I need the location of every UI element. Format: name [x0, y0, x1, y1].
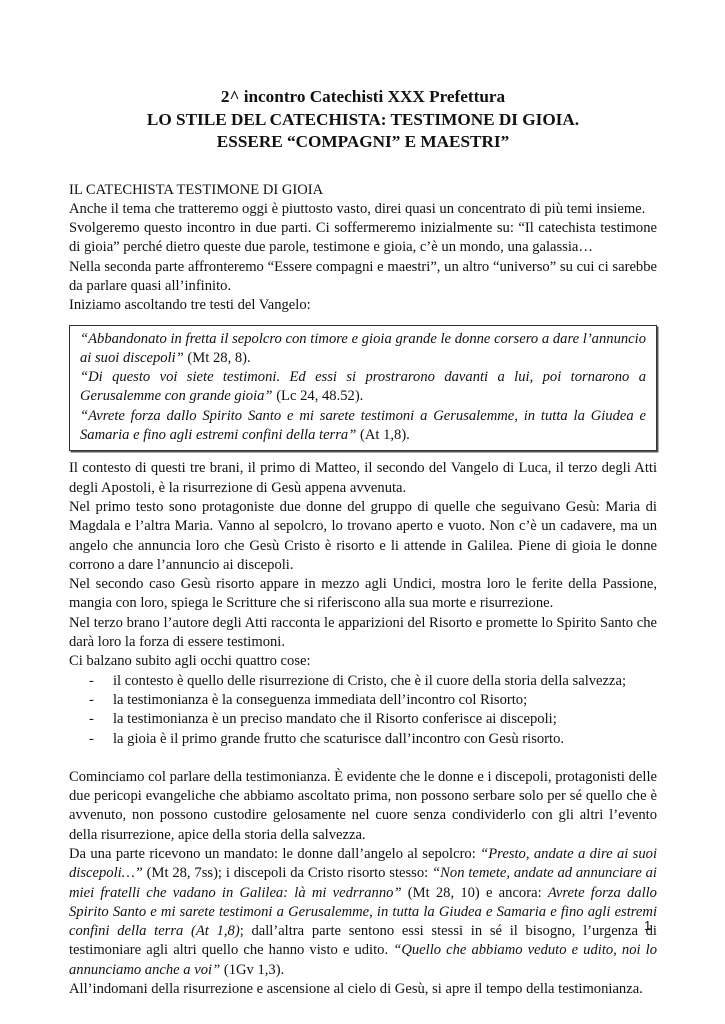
testimony-paragraph: Cominciamo col parlare della testimonian… [69, 768, 657, 845]
document-title-line-3: ESSERE “COMPAGNI” E MAESTRI” [69, 131, 657, 154]
testimony-paragraph: All’indomani della risurrezione e ascens… [69, 980, 657, 999]
points-list: il contesto è quello delle risurrezione … [69, 672, 657, 749]
text-run: (1Gv 1,3). [220, 962, 284, 978]
quote-reference: (Mt 28, 8). [184, 350, 251, 366]
context-paragraph: Nel secondo caso Gesù risorto appare in … [69, 575, 657, 614]
quote-text: “Abbandonato in fretta il sepolcro con t… [80, 331, 646, 366]
page-number: 1 [644, 918, 651, 933]
intro-paragraph: Anche il tema che tratteremo oggi è piut… [69, 200, 657, 219]
paragraph-spacer [69, 749, 657, 768]
document-page: 2^ incontro Catechisti XXX Prefettura LO… [69, 86, 657, 999]
text-run: (Mt 28, 10) e ancora: [402, 885, 548, 901]
gospel-quote: “Di questo voi siete testimoni. Ed essi … [80, 368, 646, 407]
testimony-paragraph: Da una parte ricevono un mandato: le don… [69, 845, 657, 980]
list-item: la gioia è il primo grande frutto che sc… [89, 730, 657, 749]
gospel-quotes-box: “Abbandonato in fretta il sepolcro con t… [69, 325, 657, 452]
list-item: la testimonianza è la conseguenza immedi… [89, 691, 657, 710]
list-item: la testimonianza è un preciso mandato ch… [89, 710, 657, 729]
context-paragraph: Ci balzano subito agli occhi quattro cos… [69, 652, 657, 671]
document-title-line-2: LO STILE DEL CATECHISTA: TESTIMONE DI GI… [69, 109, 657, 132]
list-item: il contesto è quello delle risurrezione … [89, 672, 657, 691]
context-paragraph: Nel terzo brano l’autore degli Atti racc… [69, 614, 657, 653]
gospel-quote: “Avrete forza dallo Spirito Santo e mi s… [80, 407, 646, 446]
intro-paragraph: Svolgeremo questo incontro in due parti.… [69, 219, 657, 258]
gospel-quote: “Abbandonato in fretta il sepolcro con t… [80, 330, 646, 369]
intro-paragraph: Iniziamo ascoltando tre testi del Vangel… [69, 296, 657, 315]
section-heading: IL CATECHISTA TESTIMONE DI GIOIA [69, 181, 657, 200]
quote-reference: (At 1,8). [356, 427, 410, 443]
text-run: (Mt 28, 7ss); i discepoli da Cristo riso… [143, 865, 432, 881]
quote-reference: (Lc 24, 48.52). [273, 388, 364, 404]
intro-paragraph: Nella seconda parte affronteremo “Essere… [69, 258, 657, 297]
context-paragraph: Nel primo testo sono protagoniste due do… [69, 498, 657, 575]
text-run: Da una parte ricevono un mandato: le don… [69, 846, 480, 862]
document-title-line-1: 2^ incontro Catechisti XXX Prefettura [69, 86, 657, 109]
context-paragraph: Il contesto di questi tre brani, il prim… [69, 459, 657, 498]
